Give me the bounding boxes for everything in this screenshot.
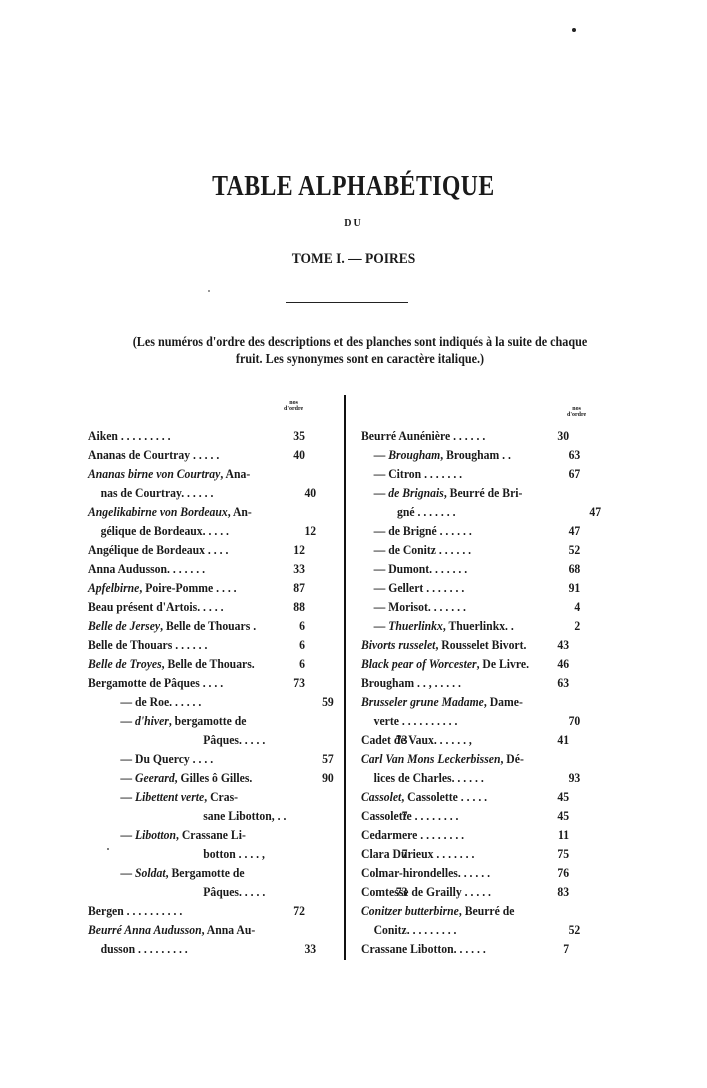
index-entry: Cedarmere . . . . . . . .11	[361, 825, 595, 844]
entry-number: 12	[293, 540, 305, 559]
index-entry: Clara Durieux . . . . . . .75	[361, 844, 595, 863]
entry-text: , Belle de Thouars.	[162, 656, 255, 671]
index-entry: Carl Van Mons Leckerbissen, Dé-	[361, 749, 595, 768]
entry-text: , Beurré de	[459, 903, 515, 918]
entry-text: Bergen . . . . . . . . . .	[88, 903, 182, 918]
entry-text: Cedarmere . . . . . . . .	[361, 827, 464, 842]
entry-text: dusson . . . . . . . . .	[101, 941, 188, 956]
index-entry: — Dumont. . . . . . .68	[361, 559, 607, 578]
entry-text: gélique de Bordeaux. . . . .	[101, 523, 229, 538]
index-entry: — de Roe. . . . . .59	[88, 692, 364, 711]
entry-text: , Cassolette . . . . .	[401, 789, 487, 804]
entry-text: , Crassane Li-	[176, 827, 246, 842]
entry-text: Conitz. . . . . . . . .	[374, 922, 457, 937]
index-entry: Colmar-hirondelles. . . . . .76	[361, 863, 595, 882]
entry-synonym-italic: Beurré Anna Audusson	[88, 922, 202, 937]
entry-synonym-italic: Bivorts russelet	[361, 637, 435, 652]
entry-number: 68	[569, 559, 581, 578]
entry-text: — Dumont. . . . . . .	[374, 561, 468, 576]
index-entry: — Geerard, Gilles ô Gilles.90	[88, 768, 364, 787]
entry-number: 45	[557, 806, 569, 825]
index-entry: Bergen . . . . . . . . . .72	[88, 901, 332, 920]
entry-number: 41	[557, 730, 569, 749]
entry-synonym-italic: Ananas birne von Courtray	[88, 466, 220, 481]
entry-number: 73	[293, 673, 305, 692]
entry-number: 63	[569, 445, 581, 464]
index-entry: Angélique de Bordeaux . . . .12	[88, 540, 332, 559]
entry-number: 91	[569, 578, 581, 597]
entry-text: , Rousselet Bivort.	[435, 637, 526, 652]
index-entry: Ananas de Courtray . . . . .40	[88, 445, 332, 464]
entry-number: 33	[293, 559, 305, 578]
entry-text: Belle de Thouars . . . . . .	[88, 637, 207, 652]
index-entry: — Brougham, Brougham . .63	[361, 445, 607, 464]
entry-text: , Dame-	[484, 694, 523, 709]
entry-number: 72	[293, 901, 305, 920]
entry-text: —	[374, 485, 389, 500]
index-entry: nas de Courtray. . . . . .40	[88, 483, 344, 502]
entry-text: Aiken . . . . . . . . .	[88, 428, 171, 443]
entry-synonym-italic: Brusseler grune Madame	[361, 694, 484, 709]
index-entry: — Citron . . . . . . .67	[361, 464, 607, 483]
index-entry: — Gellert . . . . . . .91	[361, 578, 607, 597]
index-entry: — Thuerlinkx, Thuerlinkx. .2	[361, 616, 607, 635]
entry-number: 45	[557, 787, 569, 806]
entry-text: , Dé-	[500, 751, 523, 766]
entry-text: Pâques. . . . .	[203, 884, 265, 899]
entry-text: Angélique de Bordeaux . . . .	[88, 542, 228, 557]
ink-speck	[572, 28, 576, 32]
index-entry: Anna Audusson. . . . . . .33	[88, 559, 332, 578]
index-entry: — Libotton, Crassane Li-	[88, 825, 364, 844]
entry-text: , Poire-Pomme . . . .	[139, 580, 236, 595]
entry-synonym-italic: Black pear of Worcester	[361, 656, 477, 671]
entry-number: 12	[304, 521, 316, 540]
entry-text: , Thuerlinkx. .	[443, 618, 514, 633]
index-entry: Bivorts russelet, Rousselet Bivort.43	[361, 635, 595, 654]
entry-synonym-italic: Brougham	[388, 447, 440, 462]
entry-number: 11	[558, 825, 569, 844]
entry-text: , Cras-	[204, 789, 238, 804]
entry-text: —	[120, 770, 135, 785]
index-entry: Belle de Thouars . . . . . .6	[88, 635, 332, 654]
entry-text: , Ana-	[220, 466, 250, 481]
entry-text: Colmar-hirondelles. . . . . .	[361, 865, 490, 880]
entry-synonym-italic: Belle de Jersey	[88, 618, 160, 633]
entry-number: 67	[569, 464, 581, 483]
index-entry: — Du Quercy . . . .57	[88, 749, 364, 768]
index-entry: — Soldat, Bergamotte de	[88, 863, 364, 882]
index-entry: lices de Charles. . . . . .93	[361, 768, 607, 787]
index-entry: Cadet de Vaux. . . . . . ,41	[361, 730, 595, 749]
entry-synonym-italic: Libotton	[135, 827, 176, 842]
entry-text: — de Brigné . . . . . .	[374, 523, 472, 538]
index-entry: dusson . . . . . . . . .33	[88, 939, 344, 958]
entry-text: botton . . . . ,	[203, 846, 265, 861]
entry-text: , bergamotte de	[169, 713, 247, 728]
entry-text: Cassolette . . . . . . . .	[361, 808, 458, 823]
entry-number: 87	[293, 578, 305, 597]
index-entry: Aiken . . . . . . . . .35	[88, 426, 332, 445]
entry-text: —	[120, 789, 135, 804]
entry-text: Cadet de Vaux. . . . . . ,	[361, 732, 472, 747]
entry-text: —	[120, 865, 135, 880]
index-entry: Conitzer butterbirne, Beurré de	[361, 901, 595, 920]
entry-number: 33	[304, 939, 316, 958]
index-entry: Crassane Libotton. . . . . .7	[361, 939, 595, 958]
index-entry: Comtesse de Grailly . . . . .83	[361, 882, 595, 901]
entry-number: 75	[557, 844, 569, 863]
entry-text: Pâques. . . . .	[203, 732, 265, 747]
index-entry: Brougham . . , . . . . .63	[361, 673, 595, 692]
right-entries-list: Beurré Aunénière . . . . . .30— Brougham…	[361, 426, 595, 958]
entry-number: 52	[569, 540, 581, 559]
entry-synonym-italic: Thuerlinkx	[388, 618, 443, 633]
index-entry: Belle de Troyes, Belle de Thouars.6	[88, 654, 332, 673]
entry-number: 4	[574, 597, 580, 616]
entry-synonym-italic: Belle de Troyes	[88, 656, 162, 671]
index-entry: Beau présent d'Artois. . . . .88	[88, 597, 332, 616]
volume-title: TOME I. — POIRES	[35, 251, 671, 268]
entry-number: 63	[557, 673, 569, 692]
entry-text: Beurré Aunénière . . . . . .	[361, 428, 485, 443]
index-entry: gné . . . . . . .47	[361, 502, 631, 521]
entry-number: 40	[293, 445, 305, 464]
entry-text: nas de Courtray. . . . . .	[101, 485, 214, 500]
ordre-header: nos d'ordre	[284, 400, 303, 412]
index-entry: Cassolette . . . . . . . .45	[361, 806, 595, 825]
entry-text: , Beurré de Bri-	[444, 485, 523, 500]
entry-text: Clara Durieux . . . . . . .	[361, 846, 474, 861]
index-entry: — Libettent verte, Cras-	[88, 787, 364, 806]
entry-text: — Du Quercy . . . .	[120, 751, 213, 766]
entry-text: , Anna Au-	[202, 922, 256, 937]
entry-number: 90	[322, 768, 334, 787]
entry-synonym-italic: Cassolet	[361, 789, 401, 804]
explanatory-note: (Les numéros d'ordre des descriptions et…	[126, 333, 594, 367]
entry-number: 46	[557, 654, 569, 673]
entry-text: — Morisot. . . . . . .	[374, 599, 466, 614]
index-entry: Brusseler grune Madame, Dame-	[361, 692, 595, 711]
entry-text: — Gellert . . . . . . .	[374, 580, 465, 595]
index-entry: Conitz. . . . . . . . .52	[361, 920, 607, 939]
entry-number: 7	[563, 939, 569, 958]
entry-number: 57	[322, 749, 334, 768]
entry-text: Ananas de Courtray . . . . .	[88, 447, 219, 462]
entry-text: Anna Audusson. . . . . . .	[88, 561, 205, 576]
index-entry: Belle de Jersey, Belle de Thouars .6	[88, 616, 332, 635]
entry-number: 52	[569, 920, 581, 939]
entry-text: , An-	[228, 504, 252, 519]
index-entry: Bergamotte de Pâques . . . .73	[88, 673, 332, 692]
index-entry: Cassolet, Cassolette . . . . .45	[361, 787, 595, 806]
entry-text: Bergamotte de Pâques . . . .	[88, 675, 223, 690]
entry-number: 59	[322, 692, 334, 711]
entry-number: 6	[299, 635, 305, 654]
entry-number: 93	[569, 768, 581, 787]
index-entry: — de Brigné . . . . . .47	[361, 521, 607, 540]
entry-number: 40	[304, 483, 316, 502]
entry-text: Brougham . . , . . . . .	[361, 675, 461, 690]
entry-text: —	[120, 713, 135, 728]
index-entry: Beurré Anna Audusson, Anna Au-	[88, 920, 332, 939]
entry-text: Beau présent d'Artois. . . . .	[88, 599, 224, 614]
entry-text: Comtesse de Grailly . . . . .	[361, 884, 491, 899]
ordre-header: nos d'ordre	[567, 406, 586, 418]
index-entry: — d'hiver, bergamotte de	[88, 711, 364, 730]
entry-text: gné . . . . . . .	[397, 504, 456, 519]
entry-synonym-italic: Apfelbirne	[88, 580, 139, 595]
entry-text: Crassane Libotton. . . . . .	[361, 941, 486, 956]
index-entry: verte . . . . . . . . . .70	[361, 711, 607, 730]
page-title: TABLE ALPHABÉTIQUE	[64, 170, 644, 203]
ordre-header-line2: d'ordre	[567, 412, 586, 418]
entry-text: — de Conitz . . . . . .	[374, 542, 472, 557]
entry-synonym-italic: Soldat	[135, 865, 166, 880]
index-entry: — de Conitz . . . . . .52	[361, 540, 607, 559]
entry-number: 2	[574, 616, 580, 635]
entry-text: sane Libotton, . .	[203, 808, 286, 823]
entry-text: lices de Charles. . . . . .	[374, 770, 484, 785]
entry-text: , Gilles ô Gilles.	[175, 770, 253, 785]
entry-number: 47	[569, 521, 581, 540]
left-entries-list: Aiken . . . . . . . . .35Ananas de Court…	[88, 426, 332, 958]
entry-number: 43	[557, 635, 569, 654]
subtitle-du: DU	[0, 218, 707, 229]
entry-text: , Bergamotte de	[166, 865, 245, 880]
entry-text: — Citron . . . . . . .	[374, 466, 463, 481]
entry-synonym-italic: Conitzer butterbirne	[361, 903, 459, 918]
entry-text: —	[374, 447, 389, 462]
entry-number: 30	[557, 426, 569, 445]
index-entry: Angelikabirne von Bordeaux, An-	[88, 502, 332, 521]
entry-synonym-italic: Angelikabirne von Bordeaux	[88, 504, 228, 519]
index-entry: — Morisot. . . . . . .4	[361, 597, 607, 616]
horizontal-rule	[286, 302, 408, 303]
entry-text: , De Livre.	[477, 656, 529, 671]
entry-text: , Brougham . .	[440, 447, 511, 462]
entry-text: , Belle de Thouars .	[160, 618, 256, 633]
entry-text: —	[120, 827, 135, 842]
entry-synonym-italic: Libettent verte	[135, 789, 204, 804]
entry-number: 35	[293, 426, 305, 445]
entry-synonym-italic: Geerard	[135, 770, 175, 785]
entry-text: verte . . . . . . . . . .	[374, 713, 458, 728]
index-entry: Ananas birne von Courtray, Ana-	[88, 464, 332, 483]
index-entry: Apfelbirne, Poire-Pomme . . . .87	[88, 578, 332, 597]
index-entry: gélique de Bordeaux. . . . .12	[88, 521, 344, 540]
index-entry: Black pear of Worcester, De Livre.46	[361, 654, 595, 673]
entry-number: 6	[299, 654, 305, 673]
entry-synonym-italic: Carl Van Mons Leckerbissen	[361, 751, 500, 766]
entry-text: —	[374, 618, 389, 633]
entry-number: 88	[293, 597, 305, 616]
ink-speck	[208, 290, 210, 292]
entry-number: 70	[569, 711, 581, 730]
index-entry: Beurré Aunénière . . . . . .30	[361, 426, 595, 445]
entry-number: 47	[589, 502, 601, 521]
entry-synonym-italic: de Brignais	[388, 485, 444, 500]
ordre-header-line2: d'ordre	[284, 406, 303, 412]
entry-synonym-italic: d'hiver	[135, 713, 169, 728]
index-entry: — de Brignais, Beurré de Bri-	[361, 483, 607, 502]
entry-text: — de Roe. . . . . .	[120, 694, 201, 709]
entry-number: 6	[299, 616, 305, 635]
entry-number: 83	[557, 882, 569, 901]
entry-number: 76	[557, 863, 569, 882]
